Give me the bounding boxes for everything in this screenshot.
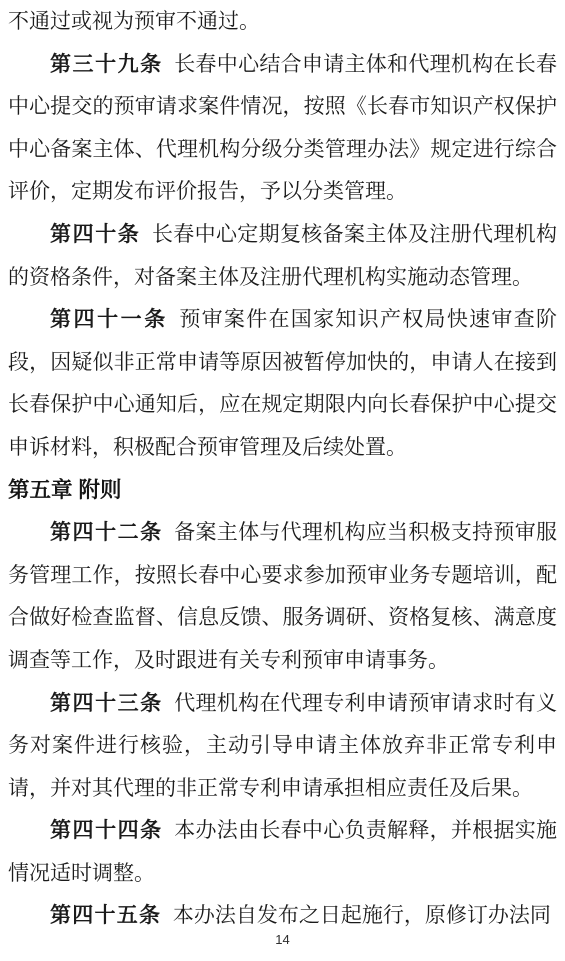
document-body: 不通过或视为预审不通过。 第三十九条长春中心结合申请主体和代理机构在长春中心提交… <box>0 0 565 937</box>
article-43-number: 第四十三条 <box>50 691 163 715</box>
paragraph-text: 不通过或视为预审不通过。 <box>8 9 260 33</box>
article-44-paragraph: 第四十四条本办法由长春中心负责解释，并根据实施情况适时调整。 <box>8 809 557 894</box>
article-41-paragraph: 第四十一条预审案件在国家知识产权局快速审查阶段，因疑似非正常申请等原因被暂停加快… <box>8 298 557 468</box>
document-page: 不通过或视为预审不通过。 第三十九条长春中心结合申请主体和代理机构在长春中心提交… <box>0 0 565 961</box>
page-number: 14 <box>0 932 565 947</box>
paragraph-continuation: 不通过或视为预审不通过。 <box>8 0 557 43</box>
article-45-number: 第四十五条 <box>50 903 161 927</box>
article-42-number: 第四十二条 <box>50 520 163 544</box>
chapter-5-heading: 第五章 附则 <box>8 469 557 512</box>
article-40-number: 第四十条 <box>50 222 140 246</box>
article-39-number: 第三十九条 <box>50 52 163 76</box>
article-45-text: 本办法自发布之日起施行，原修订办法同 <box>173 903 551 927</box>
article-41-number: 第四十一条 <box>50 307 168 331</box>
article-39-paragraph: 第三十九条长春中心结合申请主体和代理机构在长春中心提交的预审请求案件情况，按照《… <box>8 43 557 213</box>
article-42-paragraph: 第四十二条备案主体与代理机构应当积极支持预审服务管理工作，按照长春中心要求参加预… <box>8 511 557 681</box>
article-44-number: 第四十四条 <box>50 818 163 842</box>
article-45-paragraph: 第四十五条本办法自发布之日起施行，原修订办法同 <box>8 894 557 937</box>
article-43-paragraph: 第四十三条代理机构在代理专利申请预审请求时有义务对案件进行核验，主动引导申请主体… <box>8 682 557 810</box>
article-40-paragraph: 第四十条长春中心定期复核备案主体及注册代理机构的资格条件，对备案主体及注册代理机… <box>8 213 557 298</box>
